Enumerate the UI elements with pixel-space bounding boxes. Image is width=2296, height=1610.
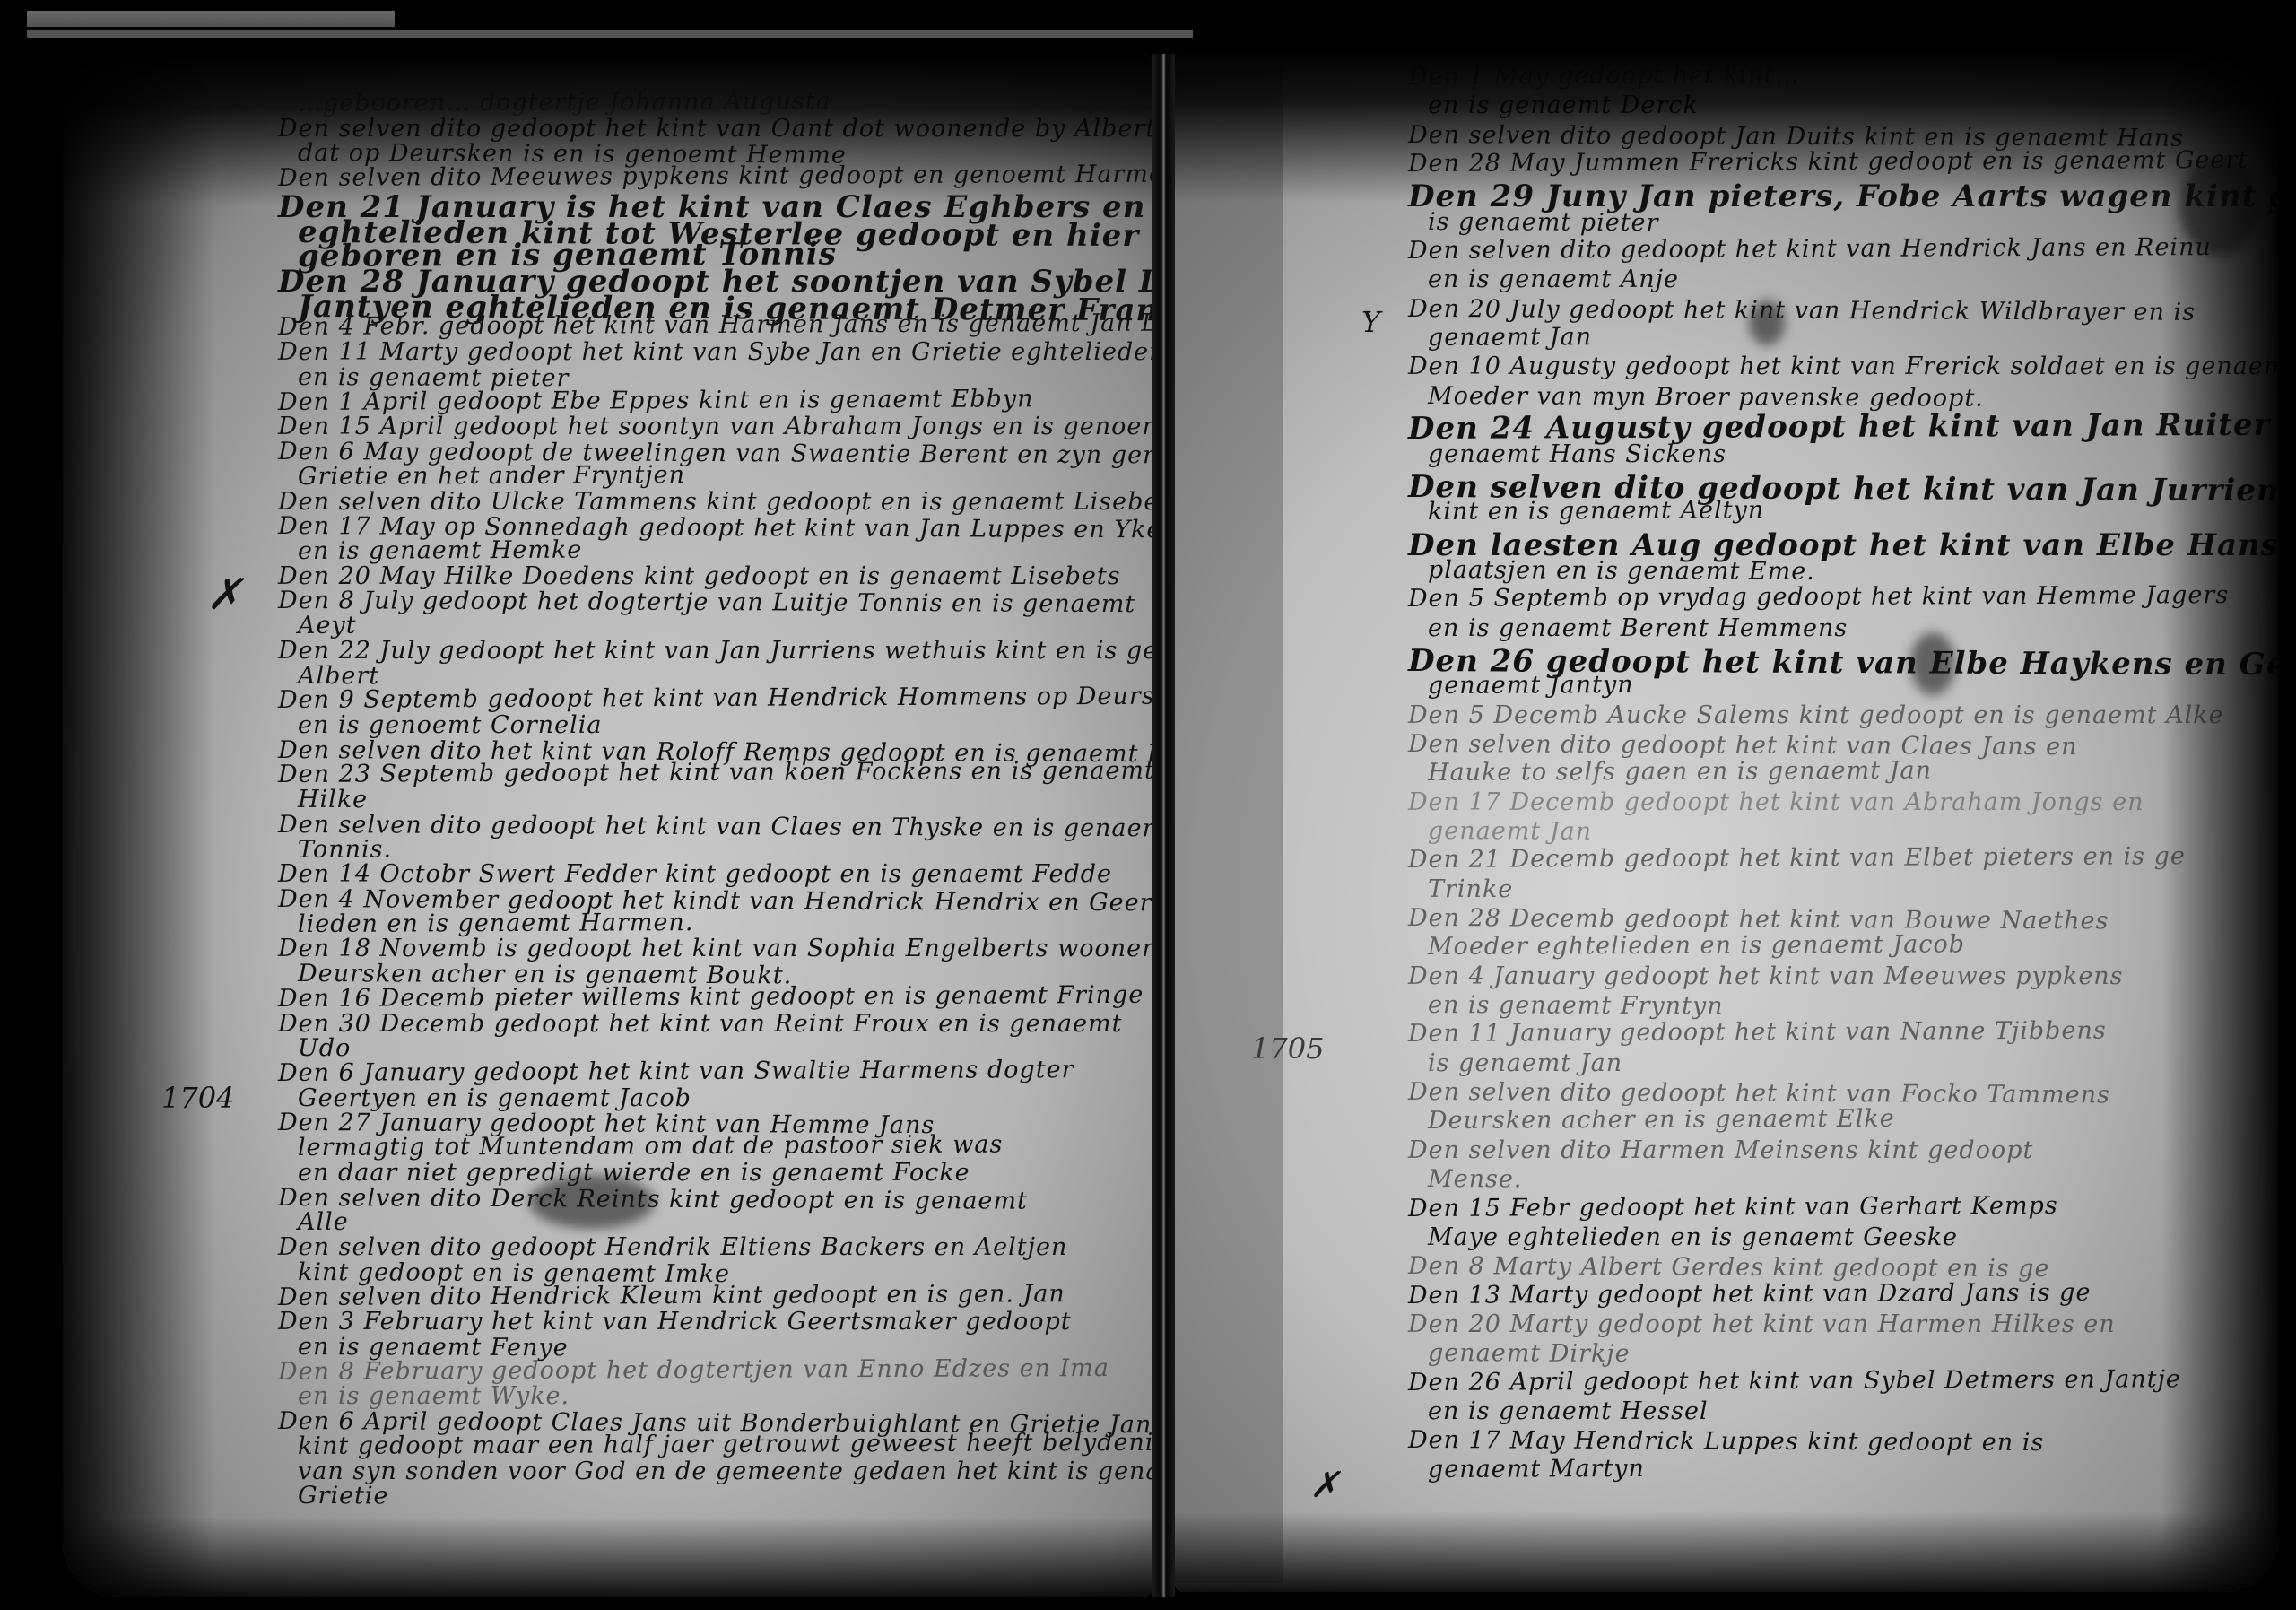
register-entry-line: Den selven dito Hendrick Kleum kint gedo… xyxy=(278,1280,1065,1311)
register-entry-line: Deursken acher en is genaemt Elke xyxy=(1428,1105,1895,1135)
register-entry-line: lermagtig tot Muntendam om dat de pastoo… xyxy=(298,1131,1003,1162)
register-entry-line: is genaemt pieter xyxy=(1428,208,1659,237)
register-entry-line: kint en is genaemt Aeltyn xyxy=(1428,497,1764,527)
register-entry-line: Den 6 January gedoopt het kint van Swalt… xyxy=(278,1056,1074,1087)
register-entry-line: en is genaemt Hessel xyxy=(1428,1397,1709,1425)
register-entry-line: genaemt Jantyn xyxy=(1428,671,1634,700)
register-entry-line: Den 15 Febr gedoopt het kint van Gerhart… xyxy=(1408,1191,2058,1222)
page-edge-line xyxy=(27,30,1193,38)
right-page-text: Den 1 May gedoopt het kint…en is genaemt… xyxy=(1175,49,2278,1592)
register-entry-line: Den 11 January gedoopt het kint van Nann… xyxy=(1408,1017,2107,1048)
register-entry-line: Den 26 April gedoopt het kint van Sybel … xyxy=(1408,1365,2181,1397)
register-entry-line: Den 23 Septemb gedoopt het kint van koen… xyxy=(278,757,1152,788)
register-entry-line: en daar niet gepredigt wierde en is gena… xyxy=(298,1159,970,1187)
register-entry-line: Tonnis. xyxy=(298,835,392,863)
page-edge-strip xyxy=(27,11,395,27)
register-entry-line: Den selven dito Derck Reints kint gedoop… xyxy=(278,1184,1028,1215)
book-gutter xyxy=(1152,54,1175,1597)
right-page: Den 1 May gedoopt het kint…en is genaemt… xyxy=(1175,49,2278,1592)
register-entry-line: Den 20 May Hilke Doedens kint gedoopt en… xyxy=(278,562,1121,590)
register-entry-line: Grietie en het ander Fryntjen xyxy=(298,461,685,491)
year-margin-note: 1704 xyxy=(161,1081,234,1115)
register-entry-line: is genaemt Jan xyxy=(1428,1049,1622,1077)
register-entry-line: Geertyen en is genaemt Jacob xyxy=(298,1084,691,1112)
register-entry-line: Den selven dito gedoopt het kint van Cla… xyxy=(1408,730,2078,761)
register-entry-line: Den 9 Septemb gedoopt het kint van Hendr… xyxy=(278,682,1152,714)
register-entry-line: Den selven dito gedoopt het kint van Hen… xyxy=(1408,233,2212,265)
register-entry-line: lieden en is genaemt Harmen. xyxy=(298,909,694,938)
register-entry-line: Moeder eghtelieden en is genaemt Jacob xyxy=(1428,931,1965,962)
register-entry-line: Aeyt xyxy=(298,612,357,640)
register-entry-line: Mense. xyxy=(1428,1165,1523,1193)
register-entry-line: en is genaemt Fryntyn xyxy=(1428,991,1724,1020)
register-entry-line: Den 20 July gedoopt het kint van Hendric… xyxy=(1408,295,2196,326)
register-entry-line: genaemt Martyn xyxy=(1428,1455,1645,1484)
register-entry-line: Den 21 Decemb gedoopt het kint van Elbet… xyxy=(1408,843,2186,875)
register-entry-line: Den 4 January gedoopt het kint van Meeuw… xyxy=(1408,962,2124,990)
register-entry-line: Den selven dito Ulcke Tammens kint gedoo… xyxy=(278,488,1152,516)
register-entry-line: Den 1 April gedoopt Ebe Eppes kint en is… xyxy=(278,385,1034,416)
register-entry-line: Den 18 Novemb is gedoopt het kint van So… xyxy=(278,935,1152,962)
register-entry-line: Den 8 February gedoopt het dogtertjen va… xyxy=(278,1354,1109,1386)
register-entry-line: Grietie xyxy=(298,1482,389,1510)
register-entry-line: Maye eghtelieden en is genaemt Geeske xyxy=(1428,1223,1958,1251)
register-entry-line: Den 17 Decemb gedoopt het kint van Abrah… xyxy=(1408,788,2144,816)
register-entry-line: Moeder van myn Broer pavenske gedoopt. xyxy=(1428,382,1984,413)
register-entry-line: Den 30 Decemb gedoopt het kint van Reint… xyxy=(278,1010,1123,1038)
register-entry-line: en is genaemt Wyke. xyxy=(298,1382,570,1410)
register-entry-line: Den 4 Febr. gedoopt het kint van Harmen … xyxy=(278,309,1152,342)
y-margin-mark: Y xyxy=(1361,305,1380,339)
register-entry-line: genaemt Jan xyxy=(1428,323,1592,352)
register-entry-line: en is genaemt Hemke xyxy=(298,536,582,565)
scanned-register-spread: …gebooren… dogtertje Johanna AugustaDen … xyxy=(0,0,2296,1610)
register-entry-line: en is genoemt Cornelia xyxy=(298,711,603,739)
register-entry-line: Trinke xyxy=(1428,875,1513,903)
register-entry-line: Den 15 April gedoopt het soontyn van Abr… xyxy=(278,413,1152,440)
register-entry-line: Den 5 Septemb op vrydag gedoopt het kint… xyxy=(1408,581,2229,613)
register-entry-line: Hilke xyxy=(298,786,368,814)
register-entry-line: Den 28 Decemb gedoopt het kint van Bouwe… xyxy=(1408,904,2109,935)
register-entry-line: Den selven dito gedoopt Hendrik Eltiens … xyxy=(278,1233,1067,1261)
register-entry-line: en is genaemt Berent Hemmens xyxy=(1428,614,1848,642)
left-page: …gebooren… dogtertje Johanna AugustaDen … xyxy=(63,54,1152,1597)
register-entry-line: Alle xyxy=(298,1208,349,1236)
register-entry-line: Den 8 July gedoopt het dogtertje van Lui… xyxy=(278,587,1135,618)
register-entry-line: Den 17 May Hendrick Luppes kint gedoopt … xyxy=(1408,1426,2044,1457)
register-entry-line: genaemt Dirkje xyxy=(1428,1339,1631,1368)
cross-margin-mark: ✗ xyxy=(206,570,242,620)
register-entry-line: genaemt Jan xyxy=(1428,817,1592,846)
register-entry-line: Den 16 Decemb pieter willems kint gedoop… xyxy=(278,981,1144,1013)
register-entry-line: Den selven dito Harmen Meinsens kint ged… xyxy=(1408,1136,2033,1164)
cross-margin-mark: ✗ xyxy=(1309,1465,1340,1506)
register-entry-line: Hauke to selfs gaen en is genaemt Jan xyxy=(1428,757,1932,787)
register-entry-line: Den selven dito gedoopt het kint van Cla… xyxy=(278,811,1152,842)
register-entry-line: Den 3 February het kint van Hendrick Gee… xyxy=(278,1308,1072,1336)
register-entry-line: Den 22 July gedoopt het kint van Jan Jur… xyxy=(278,637,1152,665)
register-entry-line: Den 10 Augusty gedoopt het kint van Frer… xyxy=(1408,352,2278,380)
left-page-text: …gebooren… dogtertje Johanna AugustaDen … xyxy=(63,54,1152,1597)
register-entry-line: van syn sonden voor God en de gemeente g… xyxy=(298,1458,1152,1485)
register-entry-line: Den 8 Marty Albert Gerdes kint gedoopt e… xyxy=(1408,1252,2050,1283)
register-entry-line: kint gedoopt maar een half jaer getrouwt… xyxy=(298,1429,1152,1460)
year-margin-note: 1705 xyxy=(1251,1031,1324,1066)
register-entry-line: en is genaemt Anje xyxy=(1428,265,1679,293)
register-entry-line: Den 5 Decemb Aucke Salems kint gedoopt e… xyxy=(1408,701,2224,729)
register-entry-line: plaatsjen en is genaemt Eme. xyxy=(1428,556,1815,586)
register-entry-line: Den 11 Marty gedoopt het kint van Sybe J… xyxy=(278,338,1152,366)
register-entry-line: Den 13 Marty gedoopt het kint van Dzard … xyxy=(1408,1278,2092,1309)
register-entry-line: genaemt Hans Sickens xyxy=(1428,440,1726,468)
register-entry-line: Den 14 Octobr Swert Fedder kint gedoopt … xyxy=(278,860,1112,888)
register-entry-line: Den 20 Marty gedoopt het kint van Harmen… xyxy=(1408,1310,2116,1338)
